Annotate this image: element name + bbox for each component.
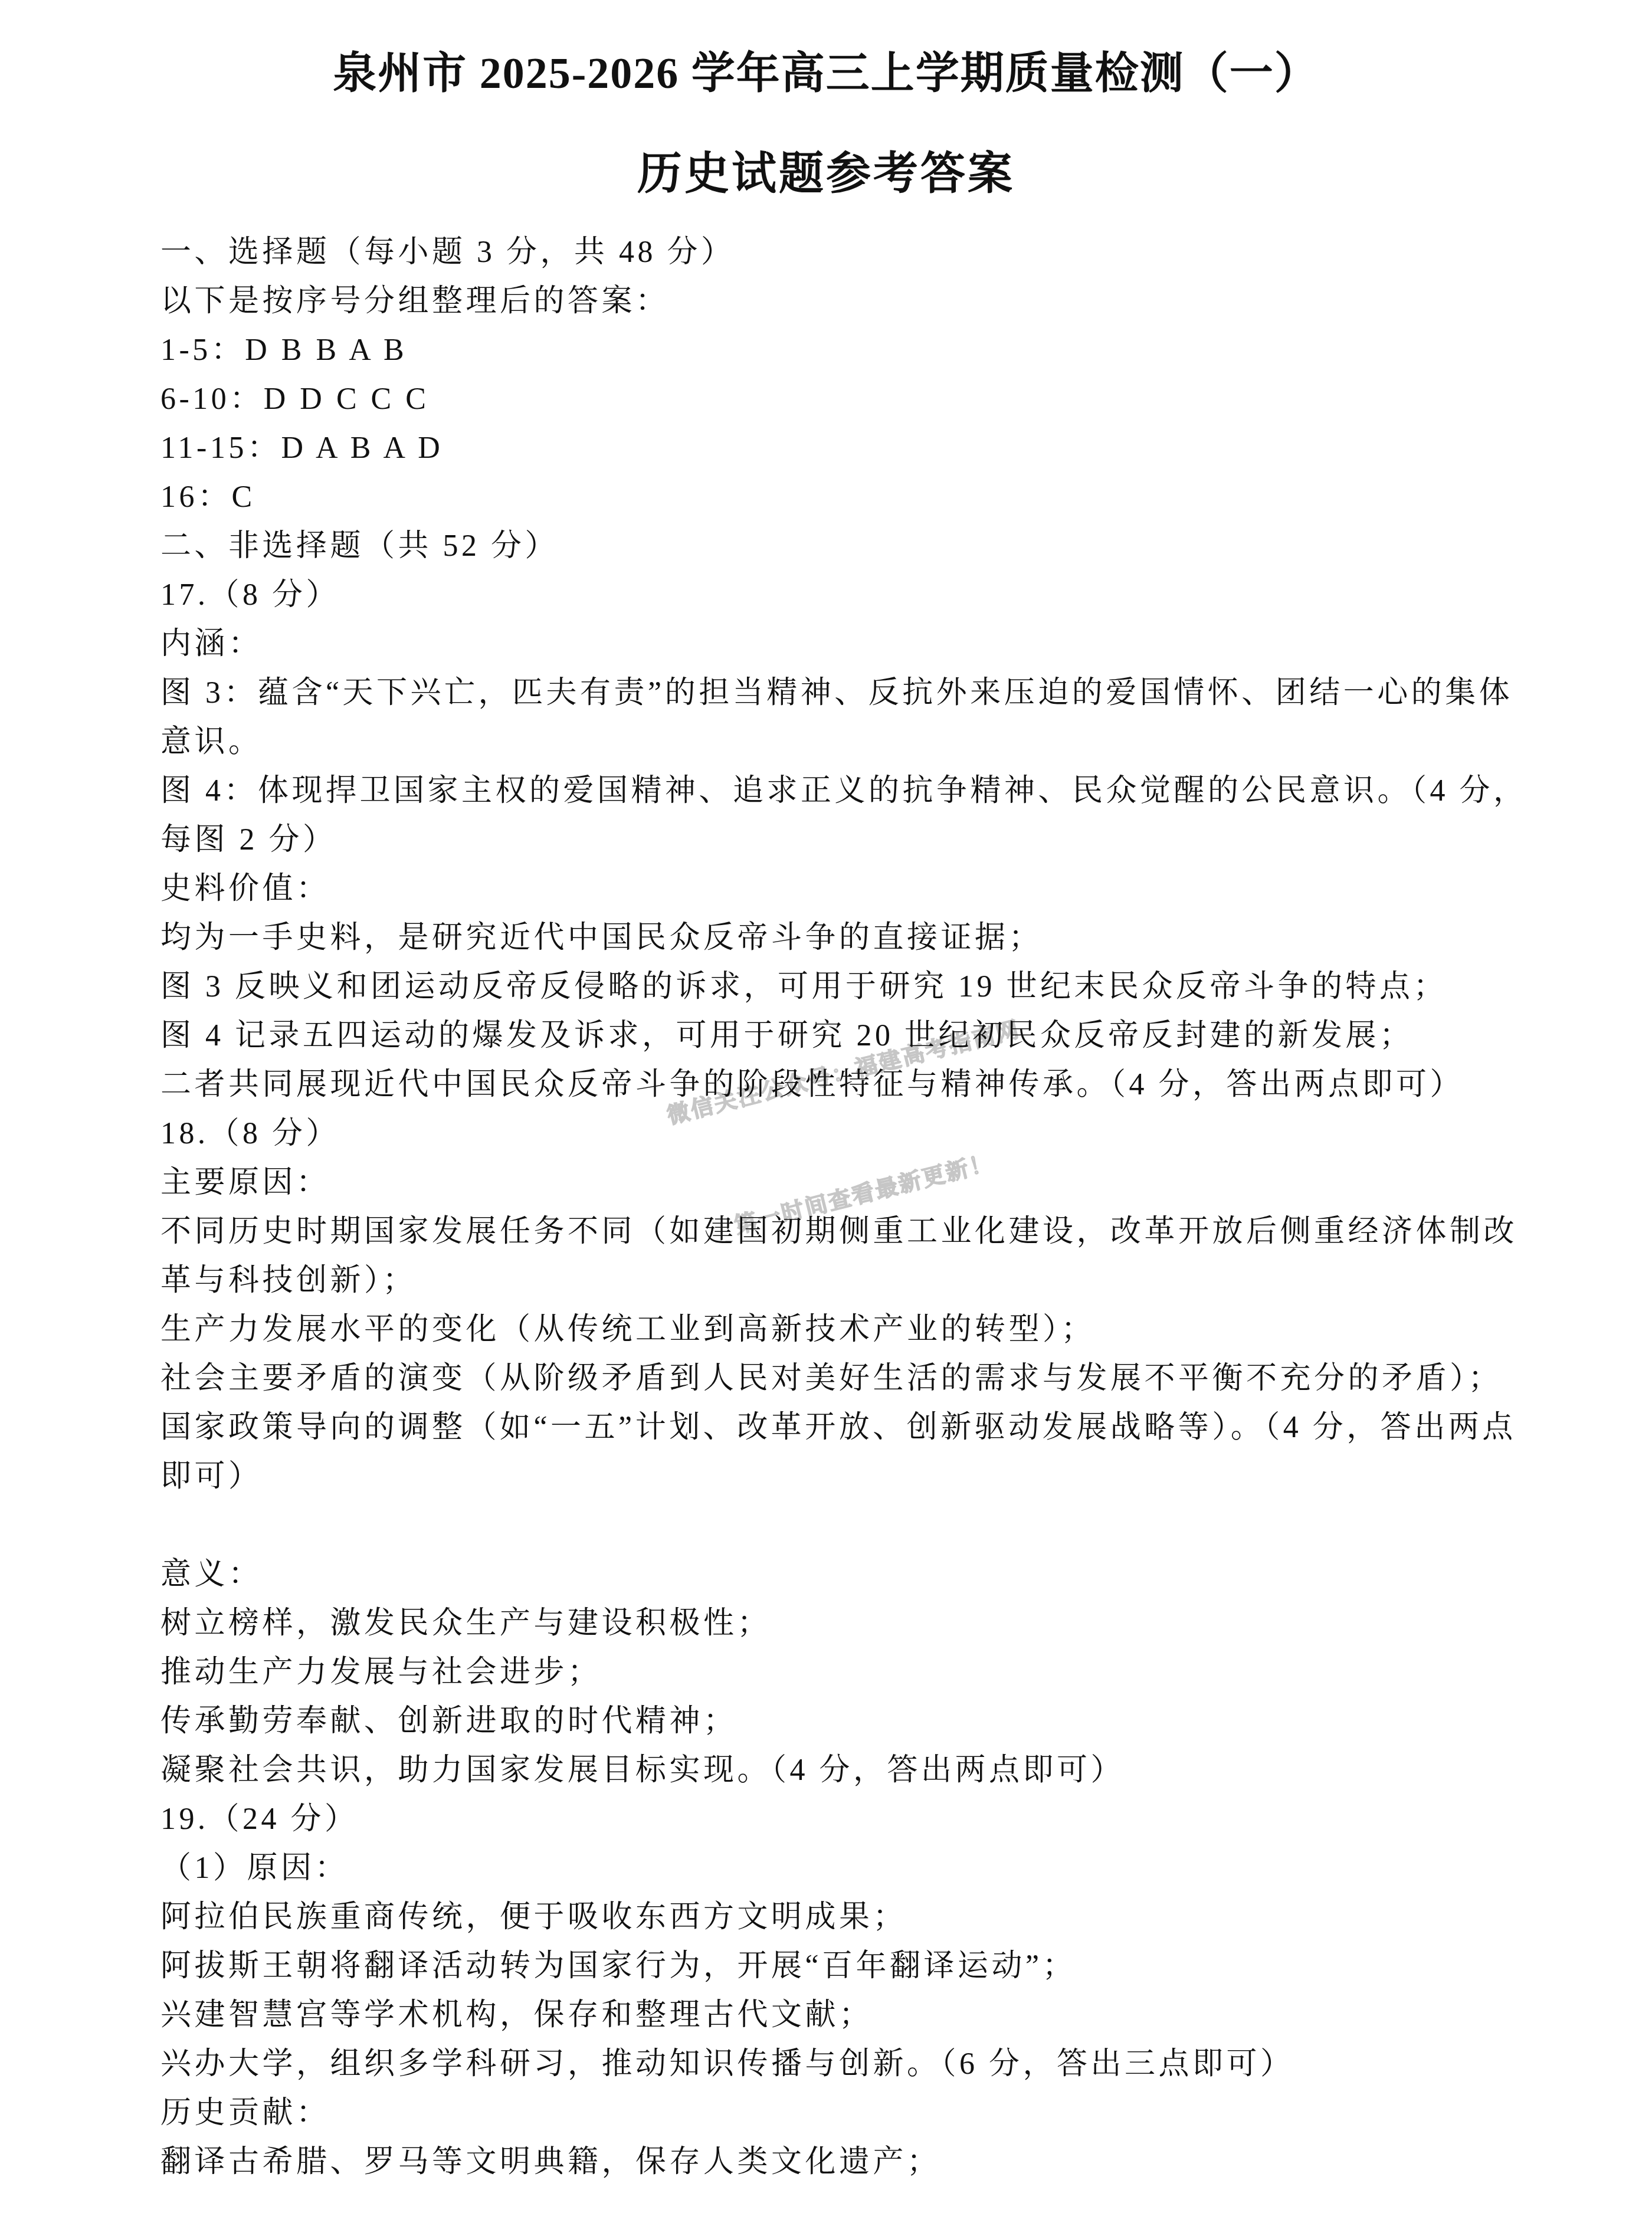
section-heading-nonchoice: 二、非选择题（共 52 分） [160,522,1541,571]
text-line: 内涵： [160,619,1541,668]
text-line: 国家政策导向的调整（如“一五”计划、改革开放、创新驱动发展战略等）。（4 分，答… [160,1403,1541,1452]
text-line: 图 4 记录五四运动的爆发及诉求，可用于研究 20 世纪初民众反帝反封建的新发展… [160,1011,1541,1060]
section-heading-choice: 一、选择题（每小题 3 分，共 48 分） [160,228,1541,277]
answer-line-1-5: 1-5：D B B A B [160,326,1541,375]
text-line: 即可） [160,1452,1541,1501]
question-19-heading: 19.（24 分） [160,1795,1541,1844]
text-line: 阿拔斯王朝将翻译活动转为国家行为，开展“百年翻译运动”； [160,1942,1541,1991]
answer-line-6-10: 6-10：D D C C C [160,375,1541,424]
text-line: 主要原因： [160,1158,1541,1207]
text-line: 意义： [160,1550,1541,1599]
text-line: 每图 2 分） [160,815,1541,864]
blank-line [160,1501,1541,1550]
answer-line-16: 16：C [160,473,1541,522]
text-line: 图 3：蕴含“天下兴亡，匹夫有责”的担当精神、反抗外来压迫的爱国情怀、团结一心的… [160,668,1541,717]
page-subtitle: 历史试题参考答案 [0,142,1652,206]
text-line: 意识。 [160,717,1541,766]
text-line: （1）原因： [160,1844,1541,1893]
text-line: 均为一手史料，是研究近代中国民众反帝斗争的直接证据； [160,913,1541,962]
text-line: 推动生产力发展与社会进步； [160,1648,1541,1697]
question-17-heading: 17.（8 分） [160,571,1541,619]
text-line: 以下是按序号分组整理后的答案： [160,277,1541,326]
text-line: 历史贡献： [160,2089,1541,2137]
answer-body: 一、选择题（每小题 3 分，共 48 分） 以下是按序号分组整理后的答案： 1-… [160,228,1541,2186]
text-line: 兴办大学，组织多学科研习，推动知识传播与创新。（6 分，答出三点即可） [160,2040,1541,2089]
text-line: 兴建智慧宫等学术机构，保存和整理古代文献； [160,1991,1541,2040]
text-line: 生产力发展水平的变化（从传统工业到高新技术产业的转型）； [160,1305,1541,1354]
text-line: 图 3 反映义和团运动反帝反侵略的诉求，可用于研究 19 世纪末民众反帝斗争的特… [160,962,1541,1011]
text-line: 树立榜样，激发民众生产与建设积极性； [160,1599,1541,1648]
text-line: 图 4：体现捍卫国家主权的爱国精神、追求正义的抗争精神、民众觉醒的公民意识。（4… [160,766,1541,815]
text-line: 阿拉伯民族重商传统，便于吸收东西方文明成果； [160,1893,1541,1942]
text-line: 传承勤劳奉献、创新进取的时代精神； [160,1697,1541,1746]
answer-line-11-15: 11-15：D A B A D [160,424,1541,473]
text-line: 翻译古希腊、罗马等文明典籍，保存人类文化遗产； [160,2137,1541,2186]
page-title: 泉州市 2025-2026 学年高三上学期质量检测（一） [0,41,1652,106]
text-line: 社会主要矛盾的演变（从阶级矛盾到人民对美好生活的需求与发展不平衡不充分的矛盾）； [160,1354,1541,1403]
text-line: 史料价值： [160,864,1541,913]
text-line: 革与科技创新）； [160,1256,1541,1305]
document-page: 微信关注公众号：福建高考指南网 第一时间查看最新更新！ 泉州市 2025-202… [0,0,1652,2213]
question-18-heading: 18.（8 分） [160,1109,1541,1158]
text-line: 不同历史时期国家发展任务不同（如建国初期侧重工业化建设，改革开放后侧重经济体制改 [160,1207,1541,1256]
text-line: 二者共同展现近代中国民众反帝斗争的阶段性特征与精神传承。（4 分，答出两点即可） [160,1060,1541,1109]
text-line: 凝聚社会共识，助力国家发展目标实现。（4 分，答出两点即可） [160,1746,1541,1795]
